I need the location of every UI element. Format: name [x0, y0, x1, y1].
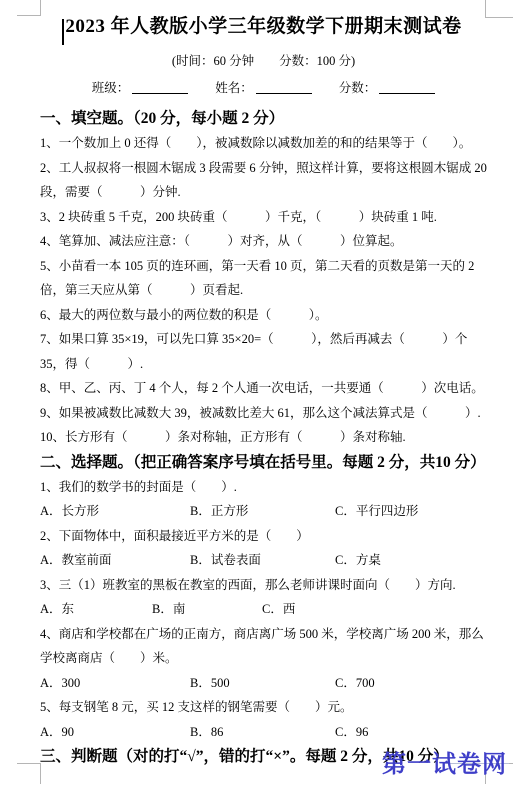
name-label: 姓名：	[215, 81, 253, 95]
option-a: A．东	[40, 597, 152, 622]
option-b: B．南	[152, 597, 262, 622]
page-title: 2023 年人教版小学三年级数学下册期末测试卷	[40, 14, 487, 40]
option-b: B．86	[190, 720, 335, 745]
fill-question-2: 2、工人叔叔将一根圆木锯成 3 段需要 6 分钟，照这样计算，要将这根圆木锯成 …	[40, 156, 487, 205]
option-b: B．500	[190, 671, 335, 696]
option-c: C．方桌	[335, 548, 381, 573]
exam-document-page: 2023 年人教版小学三年级数学下册期末测试卷 (时间：60 分钟 分数：100…	[0, 0, 520, 786]
score-label: 分数：	[339, 81, 377, 95]
score-blank[interactable]	[379, 80, 435, 94]
document-content[interactable]: 2023 年人教版小学三年级数学下册期末测试卷 (时间：60 分钟 分数：100…	[40, 12, 487, 769]
section-2-heading: 二、选择题。（把正确答案序号填在括号里。每题 2 分，共10 分）	[40, 450, 487, 475]
choice-question-2: 2、下面物体中，面积最接近平方米的是（ ）	[40, 524, 487, 549]
choice-question-5: 5、每支钢笔 8 元，买 12 支这样的钢笔需要（ ）元。	[40, 695, 487, 720]
option-a: A．长方形	[40, 499, 190, 524]
option-c: C．平行四边形	[335, 499, 418, 524]
option-c: C．96	[335, 720, 368, 745]
fill-question-5: 5、小苗看一本 105 页的连环画，第一天看 10 页，第二天看的页数是第一天的…	[40, 254, 487, 303]
exam-meta-line: (时间：60 分钟 分数：100 分)	[40, 50, 487, 72]
name-blank[interactable]	[256, 80, 312, 94]
score-field: 分数：	[339, 76, 436, 100]
option-c: C．700	[335, 671, 375, 696]
fill-question-7: 7、如果口算 35×19，可以先口算 35×20=（ ），然后再减去（ ）个 3…	[40, 327, 487, 376]
choice-question-4-options: A．300 B．500 C．700	[40, 671, 487, 696]
page-corner-mark-bottom-left	[17, 763, 41, 784]
choice-question-4: 4、商店和学校都在广场的正南方，商店离广场 500 米，学校离广场 200 米，…	[40, 622, 487, 671]
student-info-line: 班级： 姓名： 分数：	[40, 76, 487, 100]
class-field: 班级：	[92, 76, 189, 100]
choice-question-5-options: A．90 B．86 C．96	[40, 720, 487, 745]
fill-question-9: 9、如果被减数比减数大 39，被减数比差大 61，那么这个减法算式是（ ）.	[40, 401, 487, 426]
choice-question-3-options: A．东 B．南 C．西	[40, 597, 487, 622]
option-b: B．试卷表面	[190, 548, 335, 573]
fill-question-4: 4、笔算加、减法应注意：（ ）对齐，从（ ）位算起。	[40, 229, 487, 254]
option-b: B．正方形	[190, 499, 335, 524]
page-corner-mark-top-left	[17, 0, 41, 16]
option-a: A．90	[40, 720, 190, 745]
option-c: C．西	[262, 597, 295, 622]
choice-question-1-options: A．长方形 B．正方形 C．平行四边形	[40, 499, 487, 524]
option-a: A．教室前面	[40, 548, 190, 573]
fill-question-6: 6、最大的两位数与最小的两位数的积是（ ）。	[40, 303, 487, 328]
name-field: 姓名：	[215, 76, 312, 100]
page-corner-mark-top-right	[485, 0, 513, 18]
watermark: 第一试卷网	[382, 744, 507, 779]
choice-question-3: 3、三（1）班教室的黑板在教室的西面，那么老师讲课时面向（ ）方向.	[40, 573, 487, 598]
fill-question-3: 3、2 块砖重 5 千克，200 块砖重（ ）千克，（ ）块砖重 1 吨.	[40, 205, 487, 230]
choice-question-2-options: A．教室前面 B．试卷表面 C．方桌	[40, 548, 487, 573]
fill-question-1: 1、一个数加上 0 还得（ ），被减数除以减数加差的和的结果等于（ ）。	[40, 131, 487, 156]
fill-question-8: 8、甲、乙、丙、丁 4 个人，每 2 个人通一次电话，一共要通（ ）次电话。	[40, 376, 487, 401]
option-a: A．300	[40, 671, 190, 696]
section-1-heading: 一、填空题。（20 分，每小题 2 分）	[40, 106, 487, 131]
class-blank[interactable]	[132, 80, 188, 94]
class-label: 班级：	[92, 81, 130, 95]
choice-question-1: 1、我们的数学书的封面是（ ）.	[40, 475, 487, 500]
fill-question-10: 10、长方形有（ ）条对称轴，正方形有（ ）条对称轴.	[40, 425, 487, 450]
